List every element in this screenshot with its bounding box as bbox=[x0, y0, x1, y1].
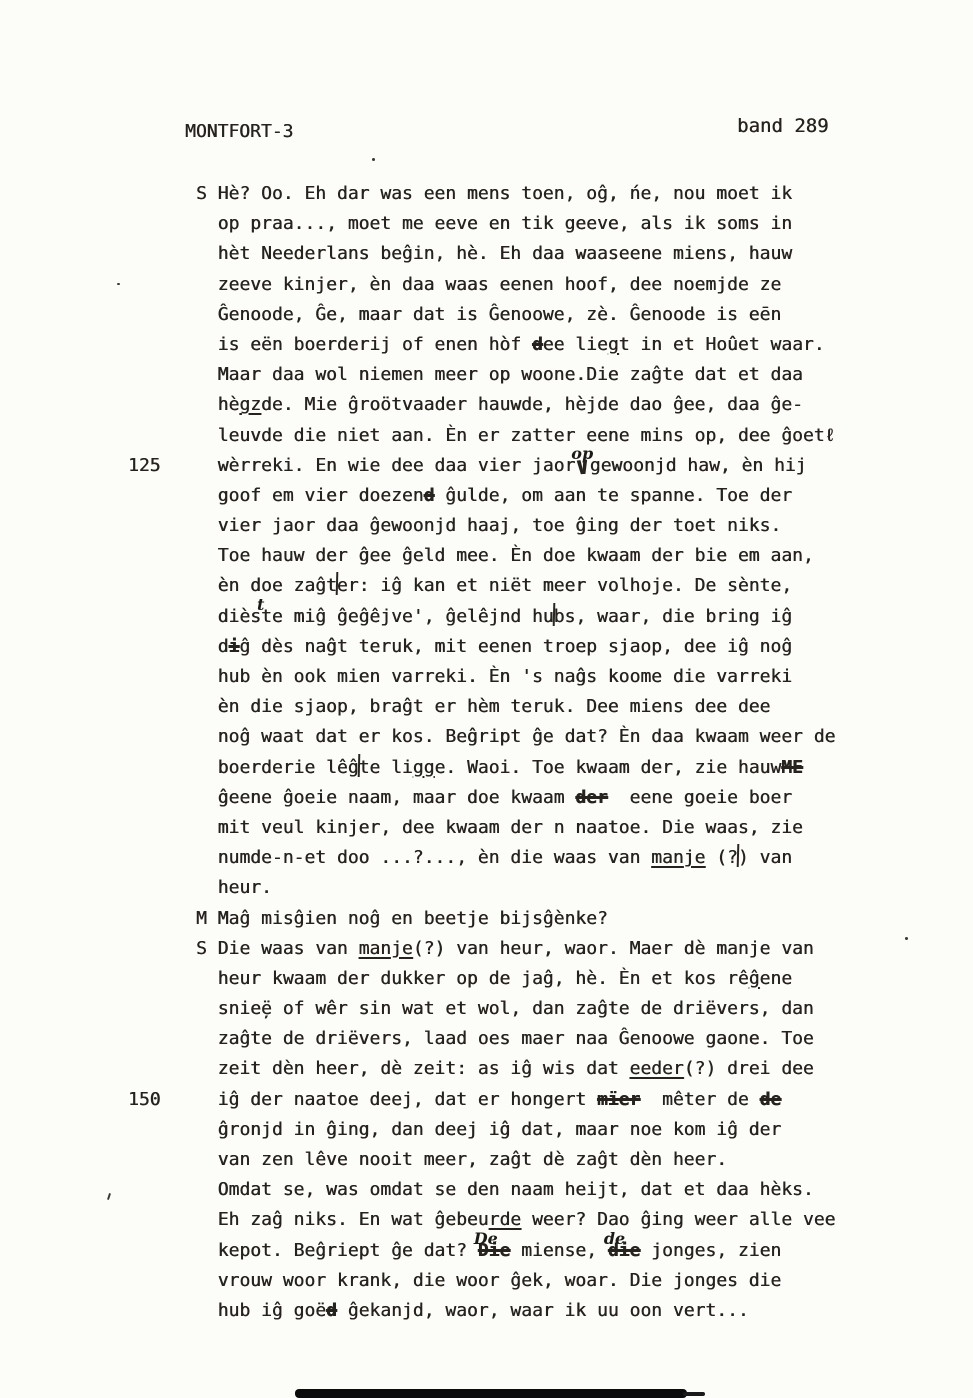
transcript-line: zeit dèn heer, dè zeit: as iĝ wis dat ee… bbox=[196, 1054, 916, 1084]
ink-speck bbox=[905, 937, 908, 940]
transcript-line: vier jaor daa ĝewoonjd haaj, toe ĝing de… bbox=[196, 511, 916, 541]
transcript-line: hub èn ook mien varreki. Èn 's naĝs koom… bbox=[196, 662, 916, 692]
transcript-line: mit veul kinjer, dee kwaam der n naatoe.… bbox=[196, 813, 916, 843]
transcript-line: numde-n-et doo ...?..., èn die waas van … bbox=[196, 843, 916, 873]
transcript-line: èn doe zaĝter: iĝ kan et niët meer volho… bbox=[196, 571, 916, 601]
transcript-line: goof em vier doezend ĝulde, om aan te sp… bbox=[196, 481, 916, 511]
page: MONTFORT-3 band 289 S Hè? Oo. Eh dar was… bbox=[0, 0, 973, 1398]
document-title: MONTFORT-3 bbox=[185, 121, 293, 142]
ink-speck bbox=[372, 158, 375, 161]
transcript-line: dièstte miĝ ĝeĝêjve', ĝelêjnd hubs, waar… bbox=[196, 602, 916, 632]
caret-mark: ∨ bbox=[575, 465, 589, 466]
pen-stroke bbox=[336, 572, 339, 595]
band-number: band 289 bbox=[737, 115, 829, 137]
transcript-line: snieë̦ of wêr sin wat et wol, dan zaĝte … bbox=[196, 994, 916, 1024]
transcript-line: leuvde die niet aan. Èn er zatter eene m… bbox=[196, 421, 916, 451]
scan-artifact bbox=[295, 1389, 687, 1398]
transcript-line: S Die waas van manje(?) van heur, waor. … bbox=[196, 934, 916, 964]
transcript-line: S Hè? Oo. Eh dar was een mens toen, oĝ, … bbox=[196, 179, 916, 209]
pen-stroke bbox=[552, 603, 555, 626]
transcript-line: Eh zaĝ niks. En wat ĝebeurde weer? Dao ĝ… bbox=[196, 1205, 916, 1235]
transcript-line: èn die sjaop, braĝt er hèm teruk. Dee mi… bbox=[196, 692, 916, 722]
transcript-line: hèt Neederlans beĝin, hè. Eh daa waaseen… bbox=[196, 239, 916, 269]
transcript-line: 125 wèrreki. En wie dee daa vier jaorop∨… bbox=[196, 451, 916, 481]
transcript-line: kepot. Beĝriept ĝe dat? DeDie miense, de… bbox=[196, 1236, 916, 1266]
transcript-line: Omdat se, was omdat se den naam heijt, d… bbox=[196, 1175, 916, 1205]
transcript-line: zeeve kinjer, èn daa waas eenen hoof, de… bbox=[196, 270, 916, 300]
transcript-line: zaĝte de driëvers, laad oes maer naa Ĝen… bbox=[196, 1024, 916, 1054]
margin-line-number: 150 bbox=[128, 1085, 161, 1115]
transcript-line: van zen lêve nooit meer, zaĝt dè zaĝt dè… bbox=[196, 1145, 916, 1175]
transcript-line: vrouw woor krank, die woor ĝek, woar. Di… bbox=[196, 1266, 916, 1296]
pen-stroke bbox=[357, 754, 360, 777]
transcript-line: Ĝenoode, Ĝe, maar dat is Ĝenoowe, zè. Ĝe… bbox=[196, 300, 916, 330]
transcript-line: noĝ waat dat er kos. Beĝript ĝe dat? Èn … bbox=[196, 722, 916, 752]
transcript-line: hègzde. Mie ĝroötvaader hauwde, hèjde da… bbox=[196, 390, 916, 420]
margin-line-number: 125 bbox=[128, 451, 161, 481]
pen-stroke bbox=[737, 844, 740, 867]
transcript-line: is eën boerderij of enen hòf dee liegt i… bbox=[196, 330, 916, 360]
transcript-line: M Maĝ misĝien noĝ en beetje bijsĝènke? bbox=[196, 904, 916, 934]
ink-speck bbox=[107, 1193, 111, 1200]
transcript-line: op praa..., moet me eeve en tik geeve, a… bbox=[196, 209, 916, 239]
transcript-line: heur. bbox=[196, 873, 916, 903]
transcript-line: Toe hauw der ĝee ĝeld mee. Èn doe kwaam … bbox=[196, 541, 916, 571]
transcript-line: 150 iĝ der naatoe deej, dat er hongert m… bbox=[196, 1085, 916, 1115]
transcript-line: heur kwaam der dukker op de jaĝ, hè. Èn … bbox=[196, 964, 916, 994]
transcript: S Hè? Oo. Eh dar was een mens toen, oĝ, … bbox=[196, 179, 916, 1326]
ink-speck bbox=[117, 283, 120, 285]
transcript-line: ĝronjd in ĝing, dan deej iĝ dat, maar no… bbox=[196, 1115, 916, 1145]
transcript-line: hub iĝ goëd ĝekanjd, waor, waar ik uu oo… bbox=[196, 1296, 916, 1326]
transcript-line: ĝeene ĝoeie naam, maar doe kwaam der een… bbox=[196, 783, 916, 813]
scan-artifact bbox=[683, 1392, 705, 1396]
transcript-line: Maar daa wol niemen meer op woone.Die za… bbox=[196, 360, 916, 390]
scanned-document-page: { "colors": { "ink": "#26231e", "paper":… bbox=[0, 0, 973, 1398]
transcript-line: diĝ dès naĝt teruk, mit eenen troep sjao… bbox=[196, 632, 916, 662]
transcript-line: boerderie lêĝte ligge. Waoi. Toe kwaam d… bbox=[196, 753, 916, 783]
